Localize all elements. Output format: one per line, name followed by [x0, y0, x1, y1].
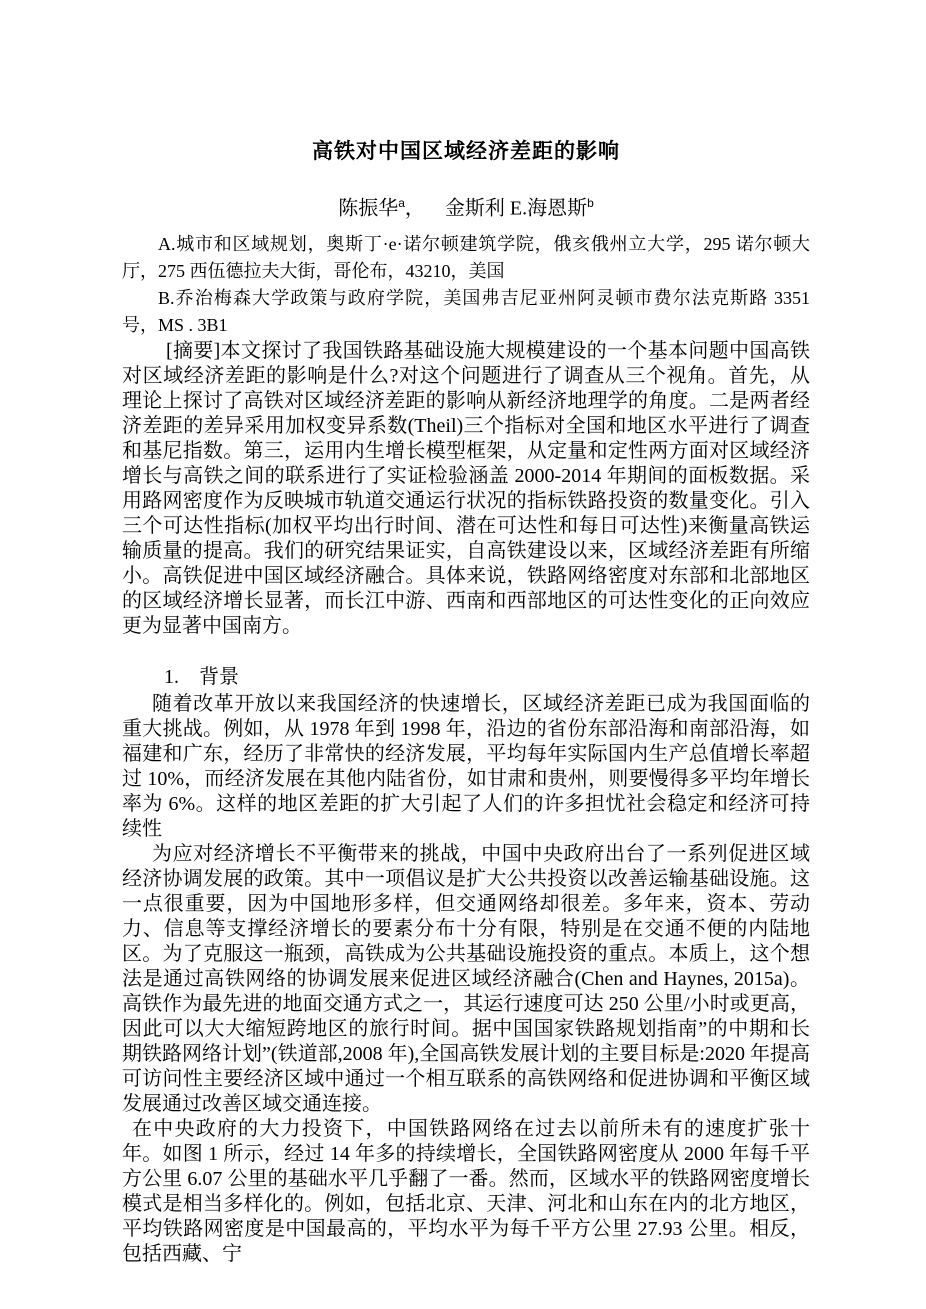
affiliations: A.城市和区域规划，奥斯丁·e·诺尔顿建筑学院，俄亥俄州立大学，295 诺尔顿大… — [122, 231, 810, 339]
author-1-affiliation-mark: a — [398, 196, 405, 210]
document-page: 高铁对中国区域经济差距的影响 陈振华a， 金斯利 E.海恩斯b A.城市和区域规… — [0, 0, 926, 1309]
author-1-name: 陈振华 — [338, 198, 398, 220]
body-paragraph-3: 在中央政府的大力投资下，中国铁路网络在过去以前所未有的速度扩张十年。如图 1 所… — [122, 1117, 810, 1267]
page-content: 高铁对中国区域经济差距的影响 陈振华a， 金斯利 E.海恩斯b A.城市和区域规… — [122, 138, 810, 1267]
affiliation-a: A.城市和区域规划，奥斯丁·e·诺尔顿建筑学院，俄亥俄州立大学，295 诺尔顿大… — [122, 231, 810, 285]
section-1-heading: 1.背景 — [122, 665, 810, 690]
body-paragraph-2: 为应对经济增长不平衡带来的挑战，中国中央政府出台了一系列促进区域经济协调发展的政… — [122, 842, 810, 1117]
byline-separator: ， — [405, 198, 445, 220]
section-1-title: 背景 — [199, 666, 239, 688]
affiliation-b: B.乔治梅森大学政策与政府学院，美国弗吉尼亚州阿灵顿市费尔法克斯路 3351 号… — [122, 285, 810, 339]
abstract-paragraph: [摘要]本文探讨了我国铁路基础设施大规模建设的一个基本问题中国高铁对区域经济差距… — [122, 339, 810, 639]
section-1-number: 1. — [164, 666, 179, 688]
byline: 陈振华a， 金斯利 E.海恩斯b — [122, 190, 810, 223]
author-2-affiliation-mark: b — [587, 196, 594, 210]
author-2-name: 金斯利 E.海恩斯 — [445, 198, 587, 220]
body-paragraph-1: 随着改革开放以来我国经济的快速增长，区域经济差距已成为我国面临的重大挑战。例如，… — [122, 692, 810, 842]
paper-title: 高铁对中国区域经济差距的影响 — [122, 138, 810, 166]
